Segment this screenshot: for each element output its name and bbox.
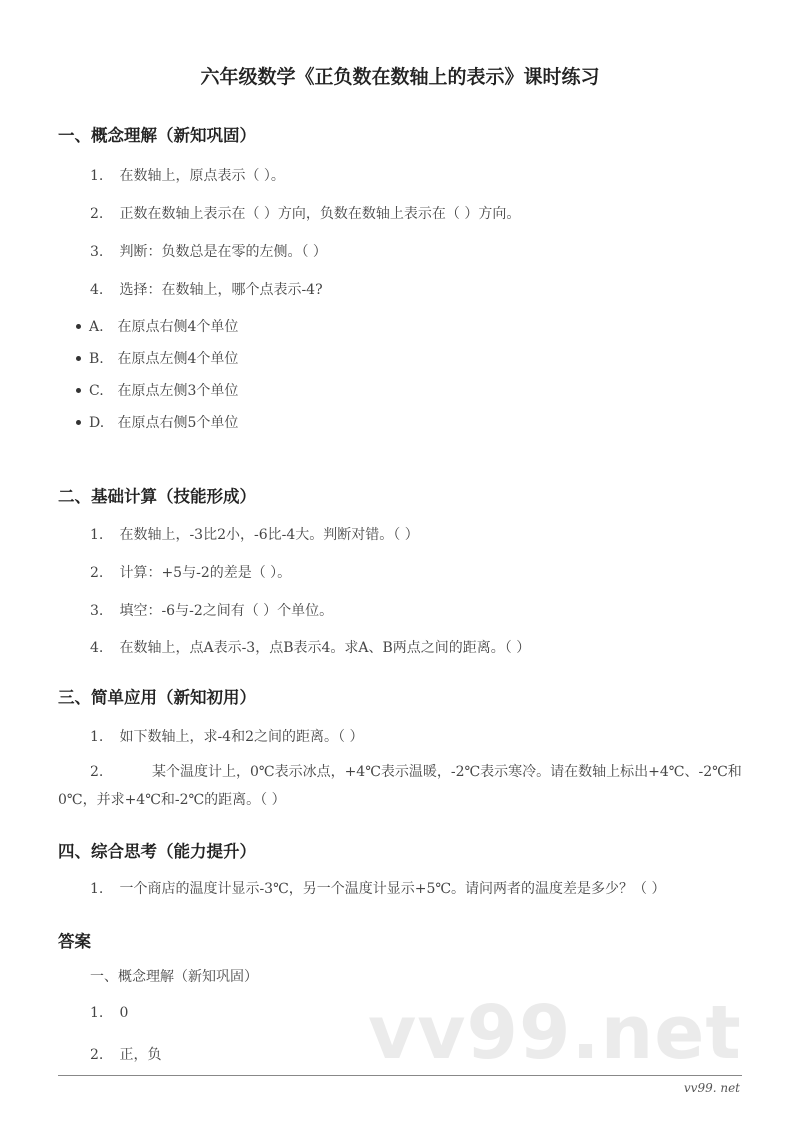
option-text: 在原点右侧4个单位 [117,319,238,335]
answer-2: 2. 正，负 [90,1044,161,1064]
bullet-icon [76,324,81,329]
question-number: 4. [90,282,115,298]
question-4-1: 1. 一个商店的温度计显示-3℃，另一个温度计显示+5℃。请问两者的温度差是多少… [90,878,666,898]
answers-subheading: 一、概念理解（新知巩固） [90,966,258,986]
answers-heading: 答案 [58,928,91,952]
question-number: 1. [90,881,115,897]
question-number: 2. [90,565,115,581]
answer-number: 1. [90,1005,115,1021]
question-number: 3. [90,244,115,260]
question-number: 1. [90,527,115,543]
question-number: 1. [90,168,115,184]
question-1-3: 3. 判断：负数总是在零的左侧。（ ） [90,241,327,261]
question-text: 选择：在数轴上，哪个点表示-4? [119,282,322,298]
question-number: 2. [90,206,115,222]
question-text: 在数轴上，-3比2小，-6比-4大。判断对错。（ ） [119,527,418,543]
question-text: 正数在数轴上表示在（ ）方向，负数在数轴上表示在（ ）方向。 [119,206,520,222]
answer-number: 2. [90,1047,115,1063]
option-text: 在原点左侧3个单位 [117,383,238,399]
option-d: D. 在原点右侧5个单位 [76,412,238,432]
footer-divider [58,1075,742,1076]
question-text: 一个商店的温度计显示-3℃，另一个温度计显示+5℃。请问两者的温度差是多少？（ … [119,881,665,897]
option-a: A. 在原点右侧4个单位 [76,316,238,336]
answer-1: 1. 0 [90,1005,128,1021]
option-b: B. 在原点左侧4个单位 [76,348,238,368]
question-2-3: 3. 填空：-6与-2之间有（ ）个单位。 [90,600,333,620]
question-text: 在数轴上，点A表示-3，点B表示4。求A、B两点之间的距离。（ ） [119,640,530,656]
option-text: 在原点右侧5个单位 [117,415,238,431]
question-text: 某个温度计上，0℃表示冰点，+4℃表示温暖，-2℃表示寒冷。请在数轴上标出+4℃… [58,764,742,808]
question-1-1: 1. 在数轴上，原点表示（ ）。 [90,165,285,185]
question-1-2: 2. 正数在数轴上表示在（ ）方向，负数在数轴上表示在（ ）方向。 [90,203,520,223]
option-letter: C. [89,383,113,399]
question-text: 填空：-6与-2之间有（ ）个单位。 [119,603,333,619]
bullet-icon [76,388,81,393]
question-number: 2. [90,758,152,786]
page-title: 六年级数学《正负数在数轴上的表示》课时练习 [0,62,800,89]
option-c: C. 在原点左侧3个单位 [76,380,238,400]
question-text: 在数轴上，原点表示（ ）。 [119,168,284,184]
question-text: 如下数轴上，求-4和2之间的距离。（ ） [119,729,363,745]
answer-text: 正，负 [119,1047,161,1063]
footer-site-label: vv99. net [684,1081,740,1095]
option-letter: A. [89,319,113,335]
question-2-4: 4. 在数轴上，点A表示-3，点B表示4。求A、B两点之间的距离。（ ） [90,637,530,657]
question-2-2: 2. 计算：+5与-2的差是（ ）。 [90,562,291,582]
question-2-1: 1. 在数轴上，-3比2小，-6比-4大。判断对错。（ ） [90,524,419,544]
question-3-2: 2.某个温度计上，0℃表示冰点，+4℃表示温暖，-2℃表示寒冷。请在数轴上标出+… [58,758,748,814]
bullet-icon [76,420,81,425]
bullet-icon [76,356,81,361]
option-letter: B. [89,351,113,367]
section-heading-4: 四、综合思考（能力提升） [58,838,256,862]
question-number: 1. [90,729,115,745]
watermark: vv99.net [368,990,742,1076]
question-text: 判断：负数总是在零的左侧。（ ） [119,244,326,260]
option-text: 在原点左侧4个单位 [117,351,238,367]
question-text: 计算：+5与-2的差是（ ）。 [119,565,291,581]
section-heading-3: 三、简单应用（新知初用） [58,684,256,708]
option-letter: D. [89,415,113,431]
question-number: 3. [90,603,115,619]
section-heading-2: 二、基础计算（技能形成） [58,483,256,507]
question-3-1: 1. 如下数轴上，求-4和2之间的距离。（ ） [90,726,363,746]
section-heading-1: 一、概念理解（新知巩固） [58,122,256,146]
answer-text: 0 [119,1005,128,1021]
question-number: 4. [90,640,115,656]
question-1-4: 4. 选择：在数轴上，哪个点表示-4? [90,279,323,299]
